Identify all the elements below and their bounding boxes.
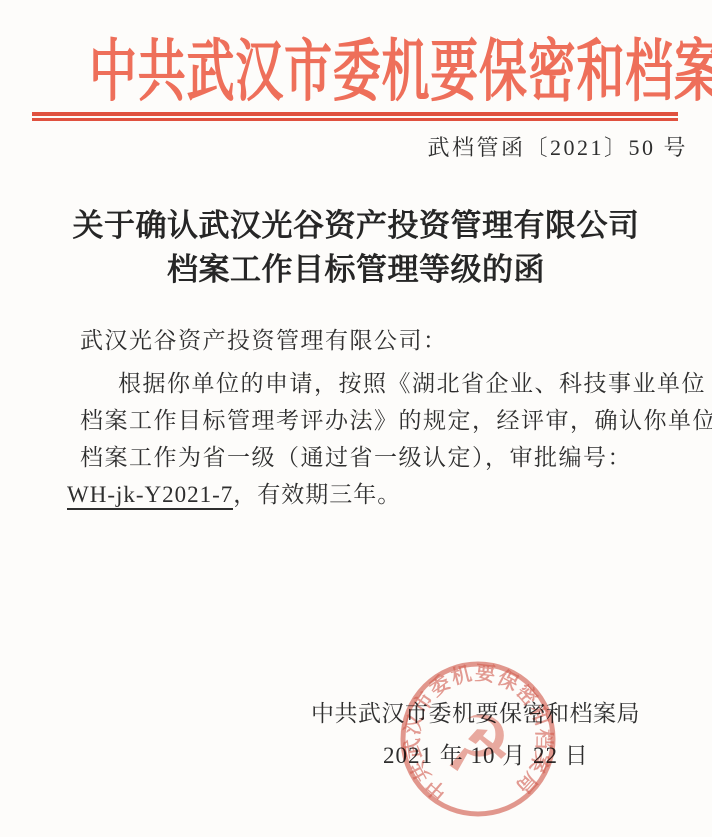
signature-org: 中共武汉市委机要保密和档案局: [311, 699, 640, 729]
official-seal: 中共武汉市委机要保密和档案局 ☭: [394, 655, 562, 823]
seal-ring: [403, 664, 553, 814]
body-line-4: WH-jk-Y2021-7，有效期三年。: [67, 476, 672, 513]
seal-arc-text: 中共武汉市委机要保密和档案局: [399, 661, 556, 806]
approval-code: WH-jk-Y2021-7: [67, 482, 233, 510]
body-line-3: 档案工作为省一级（通过省一级认定），审批编号：: [80, 439, 672, 476]
document-title-line-1: 关于确认武汉光谷资产投资管理有限公司: [0, 204, 712, 248]
body-line-2: 档案工作目标管理考评办法》的规定，经评审，确认你单位: [80, 402, 672, 439]
document-title-line-2: 档案工作目标管理等级的函: [0, 248, 712, 292]
signature-date: 2021 年 10 月 22 日: [383, 741, 589, 771]
body-line-1: 根据你单位的申请，按照《湖北省企业、科技事业单位: [80, 365, 672, 402]
doc-number: 武档管函〔2021〕50 号: [427, 134, 688, 162]
document-title: 关于确认武汉光谷资产投资管理有限公司 档案工作目标管理等级的函: [0, 204, 712, 292]
body-line-4-tail: ，有效期三年。: [233, 482, 401, 507]
red-separator-rule: [32, 112, 678, 121]
letterhead-title: 中共武汉市委机要保密和档案局: [89, 36, 623, 108]
body-paragraph: 根据你单位的申请，按照《湖北省企业、科技事业单位 档案工作目标管理考评办法》的规…: [80, 365, 672, 513]
salutation: 武汉光谷资产投资管理有限公司：: [80, 326, 448, 356]
document-page: 中共武汉市委机要保密和档案局 武档管函〔2021〕50 号 关于确认武汉光谷资产…: [0, 0, 712, 837]
